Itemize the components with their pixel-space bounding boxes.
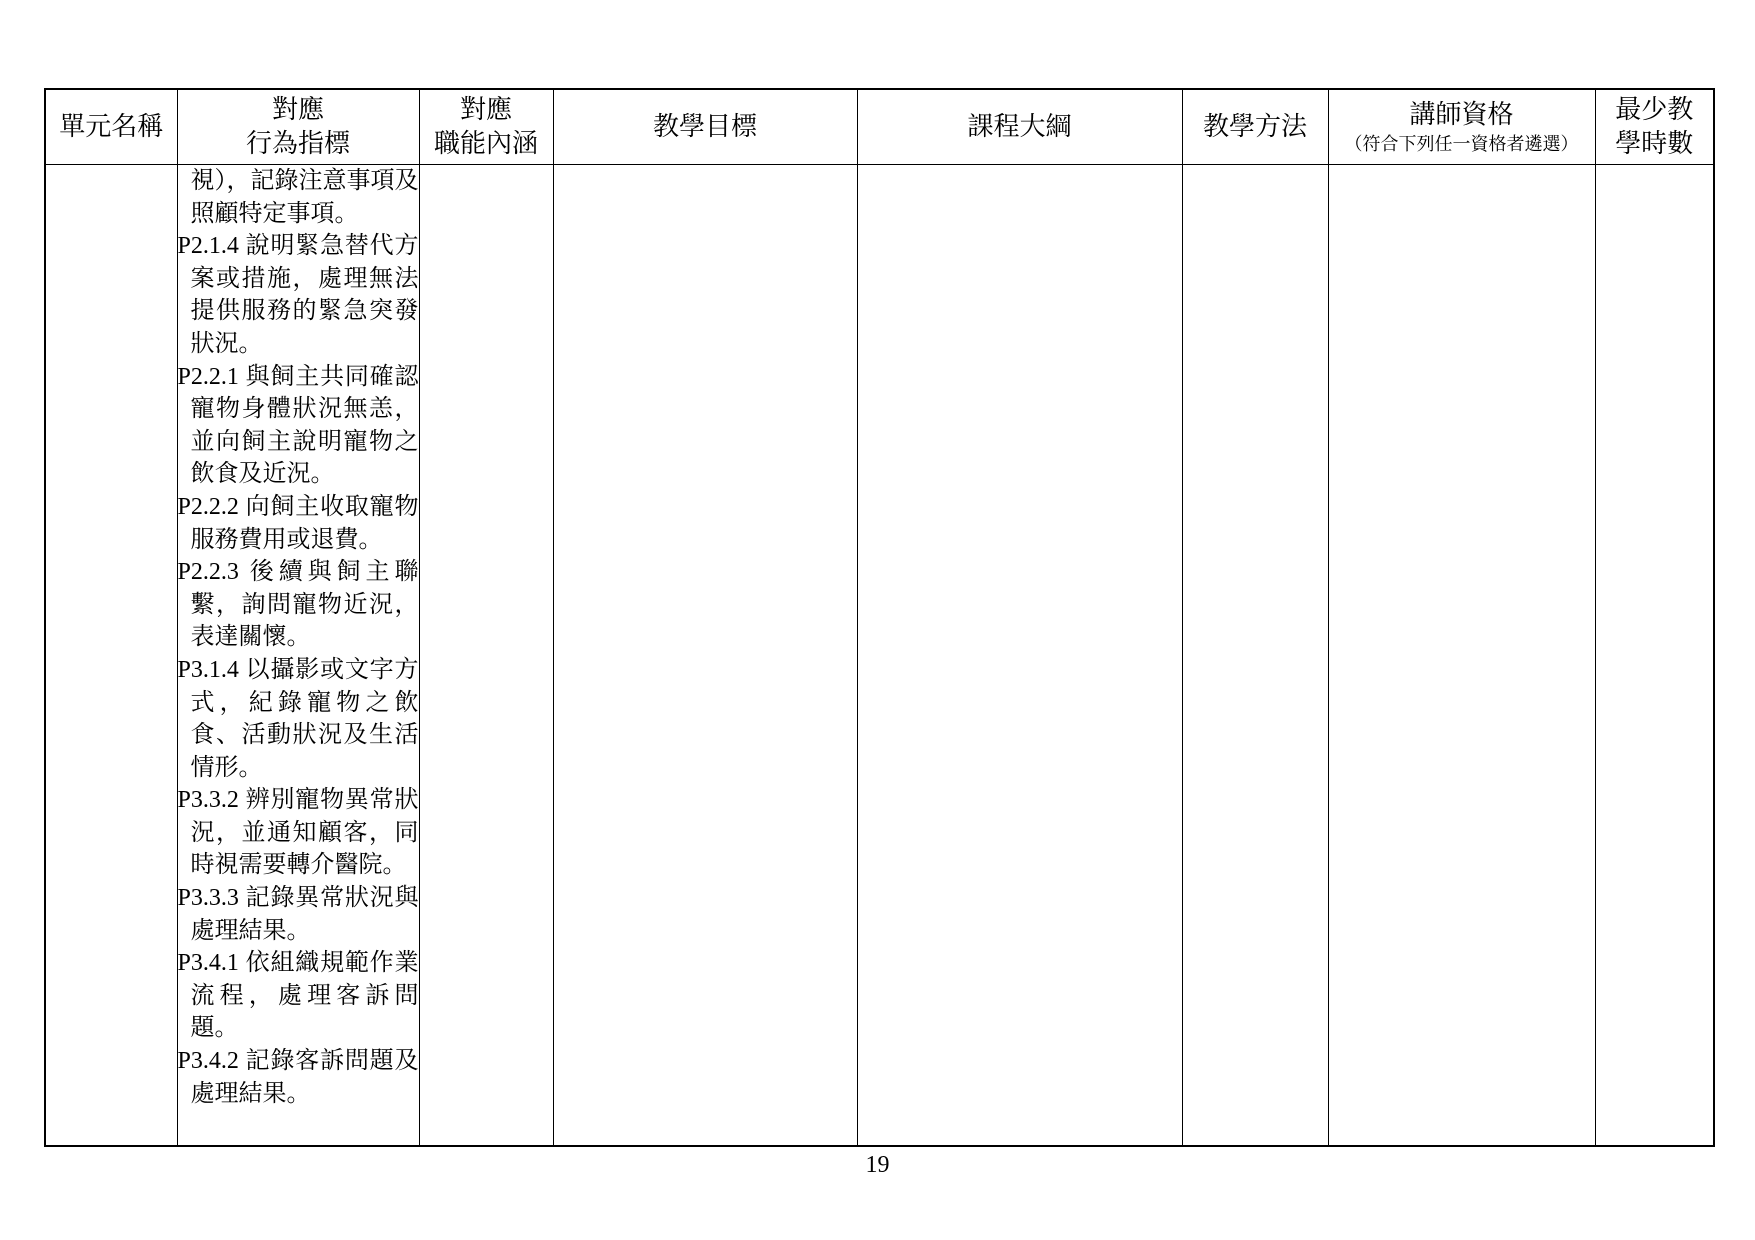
cell-instructor-qualification bbox=[1328, 165, 1595, 1147]
column-header-text: 對應行為指標 bbox=[178, 93, 419, 161]
column-header-text: 教學方法 bbox=[1183, 110, 1328, 144]
column-header-line: 講師資格 bbox=[1329, 98, 1595, 132]
column-header-line: 對應 bbox=[420, 93, 553, 127]
cell-teaching-objective bbox=[553, 165, 857, 1147]
column-header-instructor-qualification: 講師資格 （符合下列任一資格者遴選） bbox=[1328, 89, 1595, 165]
cell-unit-name bbox=[45, 165, 177, 1147]
behavior-indicator-item: P2.2.1 與飼主共同確認寵物身體狀況無恙，並向飼主說明寵物之飲食及近況。 bbox=[178, 361, 419, 491]
document-page: 單元名稱 對應行為指標 對應職能內涵 教學目標 課程大綱 教學方法 講師資格 （… bbox=[0, 0, 1755, 1240]
column-header-line: 學時數 bbox=[1596, 127, 1714, 161]
column-header-behavior-indicator: 對應行為指標 bbox=[177, 89, 419, 165]
column-header-line: 行為指標 bbox=[178, 127, 419, 161]
column-header-line: 單元名稱 bbox=[46, 110, 177, 144]
cell-competency-content bbox=[419, 165, 553, 1147]
behavior-indicator-item: P2.2.3 後續與飼主聯繫，詢問寵物近況，表達關懷。 bbox=[178, 556, 419, 654]
column-header-course-outline: 課程大綱 bbox=[857, 89, 1182, 165]
column-header-unit-name: 單元名稱 bbox=[45, 89, 177, 165]
column-header-line: 職能內涵 bbox=[420, 127, 553, 161]
course-plan-table: 單元名稱 對應行為指標 對應職能內涵 教學目標 課程大綱 教學方法 講師資格 （… bbox=[44, 88, 1715, 1147]
column-header-competency-content: 對應職能內涵 bbox=[419, 89, 553, 165]
column-header-line: 課程大綱 bbox=[858, 110, 1182, 144]
column-header-subtitle: （符合下列任一資格者遴選） bbox=[1329, 132, 1595, 156]
page-number: 19 bbox=[0, 1150, 1755, 1180]
column-header-line: 對應 bbox=[178, 93, 419, 127]
header-row: 單元名稱 對應行為指標 對應職能內涵 教學目標 課程大綱 教學方法 講師資格 （… bbox=[45, 89, 1714, 165]
column-header-text: 講師資格 bbox=[1329, 98, 1595, 132]
cell-min-teaching-hours bbox=[1595, 165, 1714, 1147]
column-header-line: 最少教 bbox=[1596, 93, 1714, 127]
column-header-teaching-objective: 教學目標 bbox=[553, 89, 857, 165]
column-header-teaching-method: 教學方法 bbox=[1182, 89, 1328, 165]
behavior-indicator-item: P3.4.1 依組織規範作業流程，處理客訴問題。 bbox=[178, 947, 419, 1045]
cell-course-outline bbox=[857, 165, 1182, 1147]
behavior-indicator-item: P3.3.3 記錄異常狀況與處理結果。 bbox=[178, 882, 419, 947]
column-header-text: 課程大綱 bbox=[858, 110, 1182, 144]
behavior-indicator-item: P2.2.2 向飼主收取寵物服務費用或退費。 bbox=[178, 491, 419, 556]
column-header-text: 最少教學時數 bbox=[1596, 93, 1714, 161]
column-header-line: 教學方法 bbox=[1183, 110, 1328, 144]
behavior-indicator-item: P3.3.2 辨別寵物異常狀況，並通知顧客，同時視需要轉介醫院。 bbox=[178, 784, 419, 882]
column-header-text: 教學目標 bbox=[554, 110, 857, 144]
behavior-indicator-item: P3.1.4 以攝影或文字方式，紀錄寵物之飲食、活動狀況及生活情形。 bbox=[178, 654, 419, 784]
column-header-line: 教學目標 bbox=[554, 110, 857, 144]
behavior-indicator-item: P2.1.4 說明緊急替代方案或措施，處理無法提供服務的緊急突發狀況。 bbox=[178, 230, 419, 360]
column-header-text: 單元名稱 bbox=[46, 110, 177, 144]
behavior-indicator-item: 視），記錄注意事項及照顧特定事項。 bbox=[178, 165, 419, 230]
behavior-indicator-item: P3.4.2 記錄客訴問題及處理結果。 bbox=[178, 1045, 419, 1110]
column-header-min-teaching-hours: 最少教學時數 bbox=[1595, 89, 1714, 165]
body-row: 視），記錄注意事項及照顧特定事項。P2.1.4 說明緊急替代方案或措施，處理無法… bbox=[45, 165, 1714, 1147]
behavior-indicator-cell: 視），記錄注意事項及照顧特定事項。P2.1.4 說明緊急替代方案或措施，處理無法… bbox=[177, 165, 419, 1147]
column-header-text: 對應職能內涵 bbox=[420, 93, 553, 161]
cell-teaching-method bbox=[1182, 165, 1328, 1147]
